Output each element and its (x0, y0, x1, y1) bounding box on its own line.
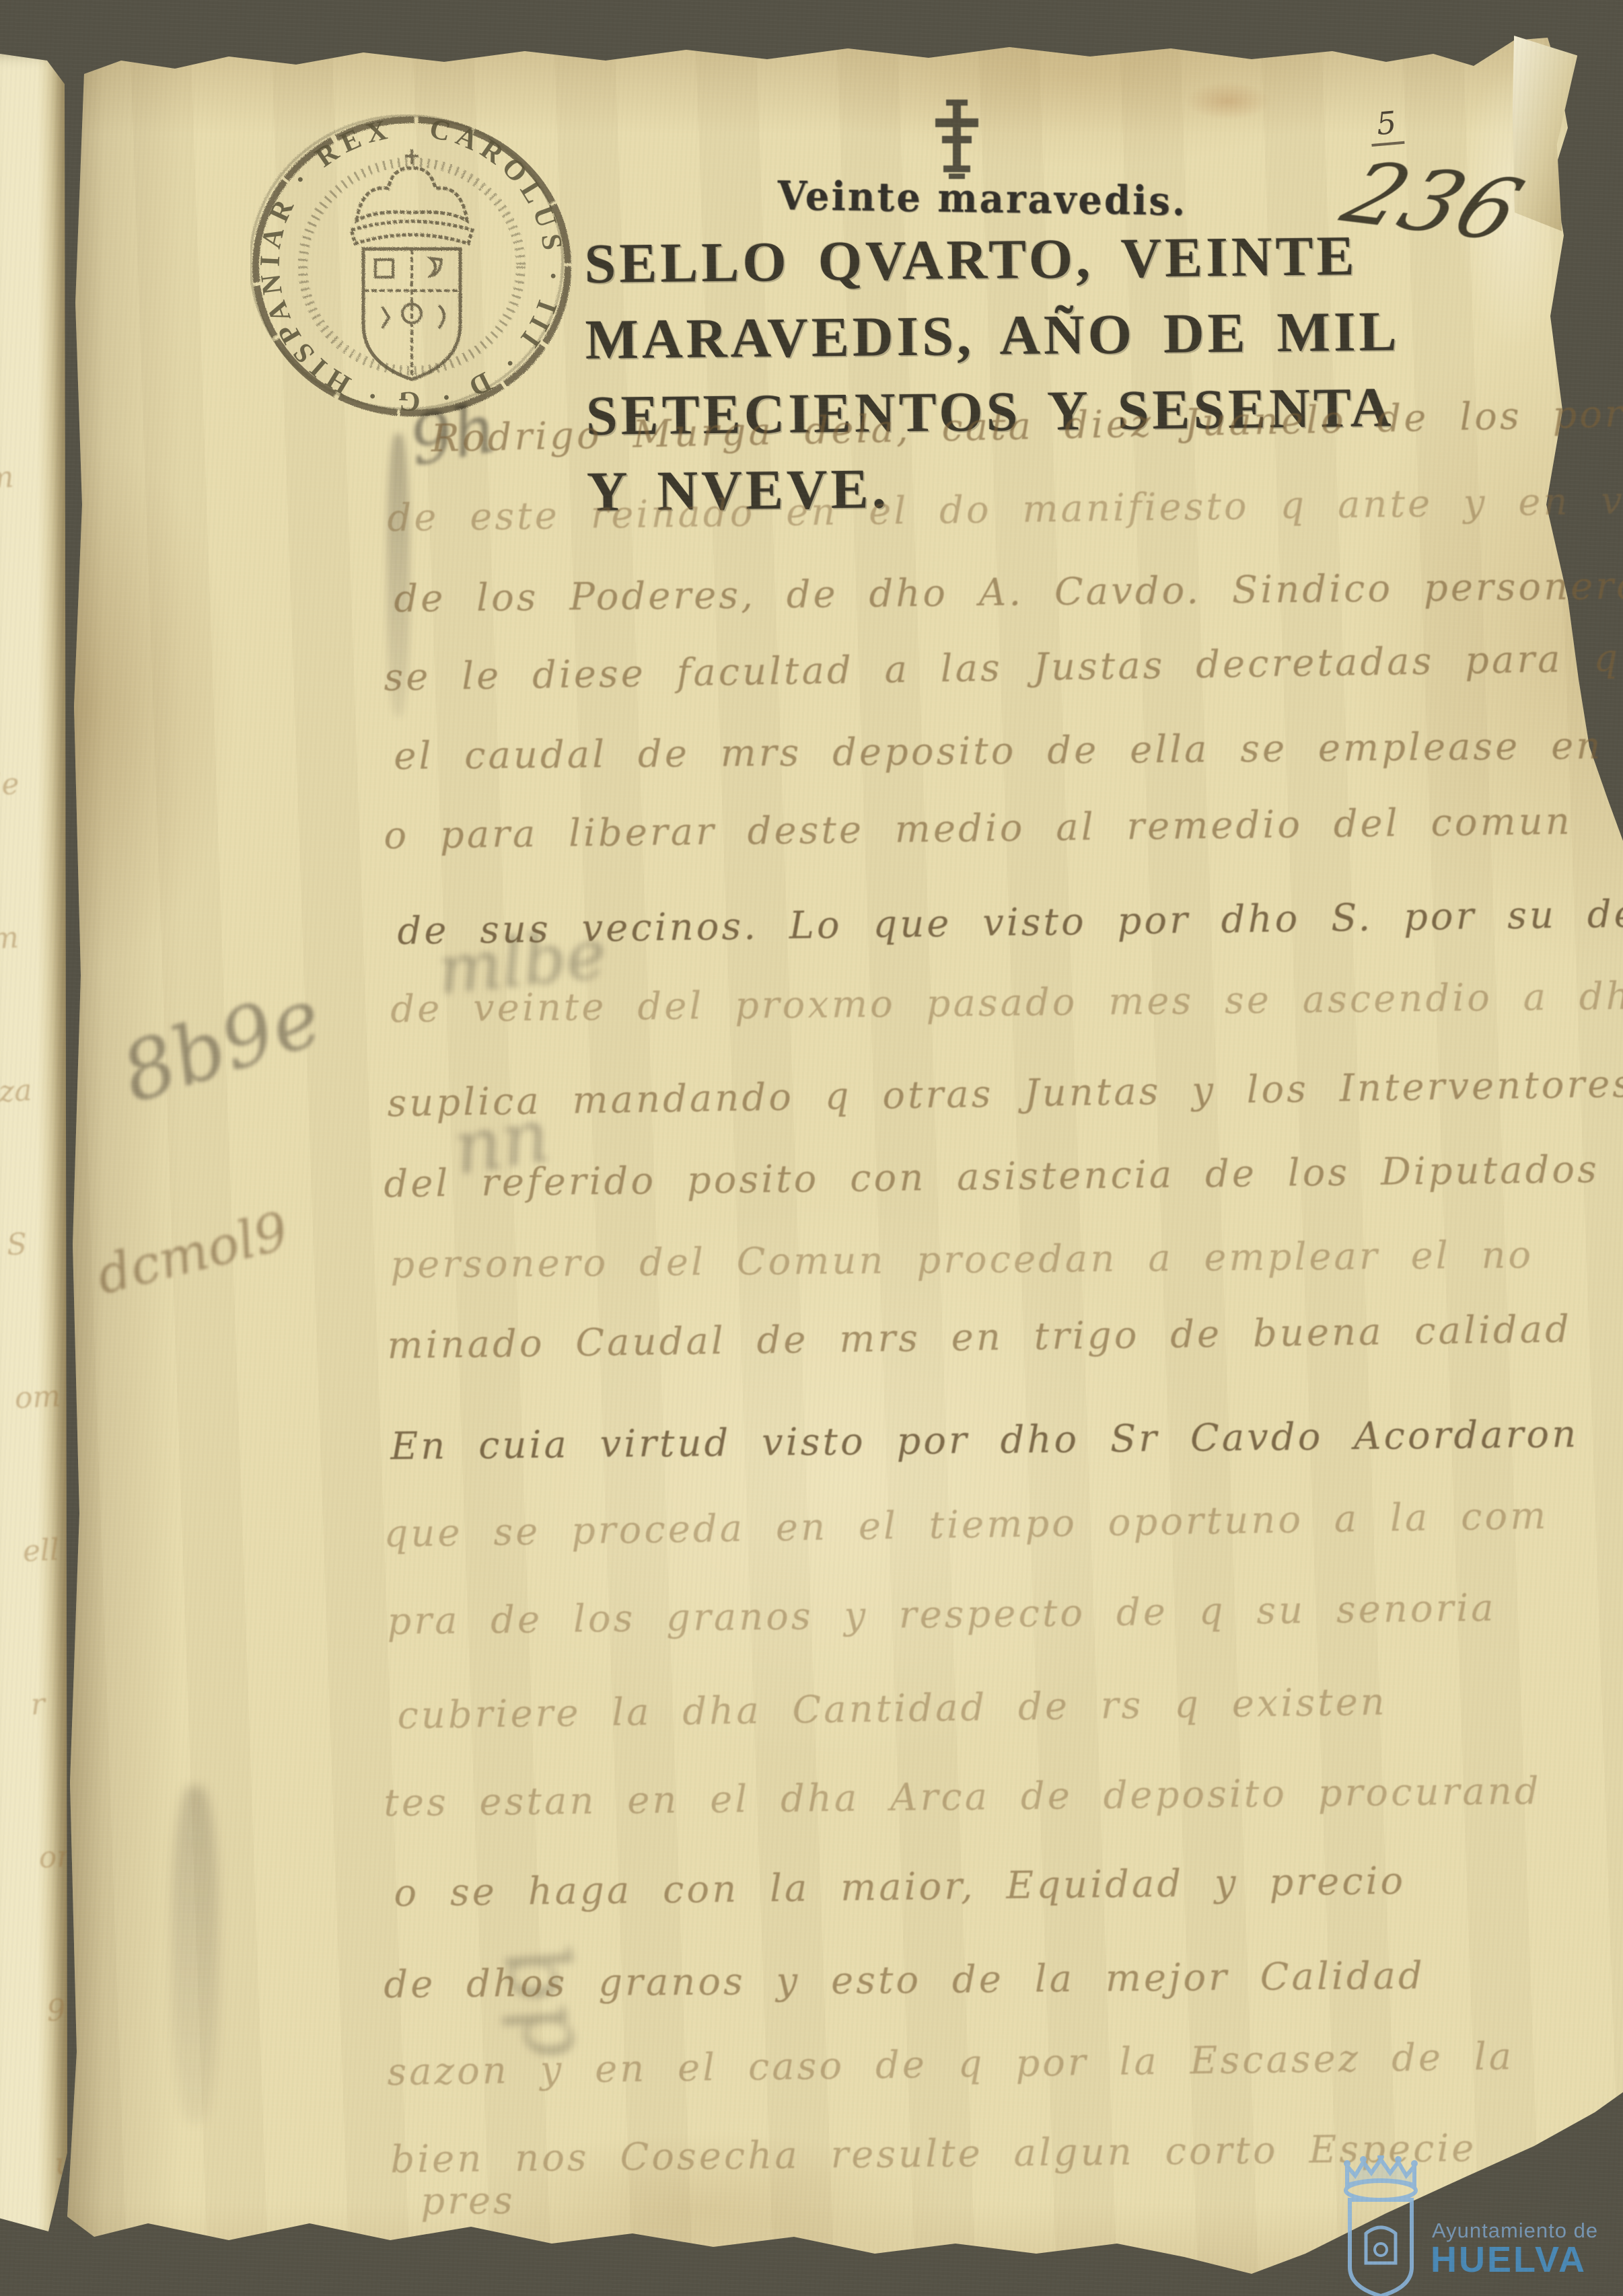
watermark-text-line2: HUELVA (1431, 2239, 1587, 2281)
sello-line-1: SELLO QVARTO, VEINTE (584, 217, 1400, 302)
scanned-document-photo: Po c um e de m za S om ell r on 9 um (0, 0, 1623, 2296)
huelva-crest-icon (1338, 2155, 1424, 2296)
sello-line-2: MARAVEDIS, AÑO DE MIL (585, 293, 1400, 378)
bleedthrough-streak (172, 1786, 219, 2122)
sello-printed-text: SELLO QVARTO, VEINTE MARAVEDIS, AÑO DE M… (584, 217, 1402, 530)
manuscript-line-partial: pres (421, 2179, 515, 2223)
previous-page-edge: Po c um e de m za S om ell r on 9 um (0, 54, 67, 2240)
royal-seal-stamp-icon: CAROLUS · III · D · G · HISPANIAR · REX … (250, 114, 573, 418)
folio-small-mark: 5 (1368, 104, 1404, 147)
coat-of-arms (351, 149, 472, 379)
tax-value-line: Veinte maravedis. (777, 172, 1188, 225)
manuscript-line: de dhos granos y esto de la mejor Calida… (384, 1954, 1425, 2007)
printer-cross-icon (929, 98, 985, 180)
